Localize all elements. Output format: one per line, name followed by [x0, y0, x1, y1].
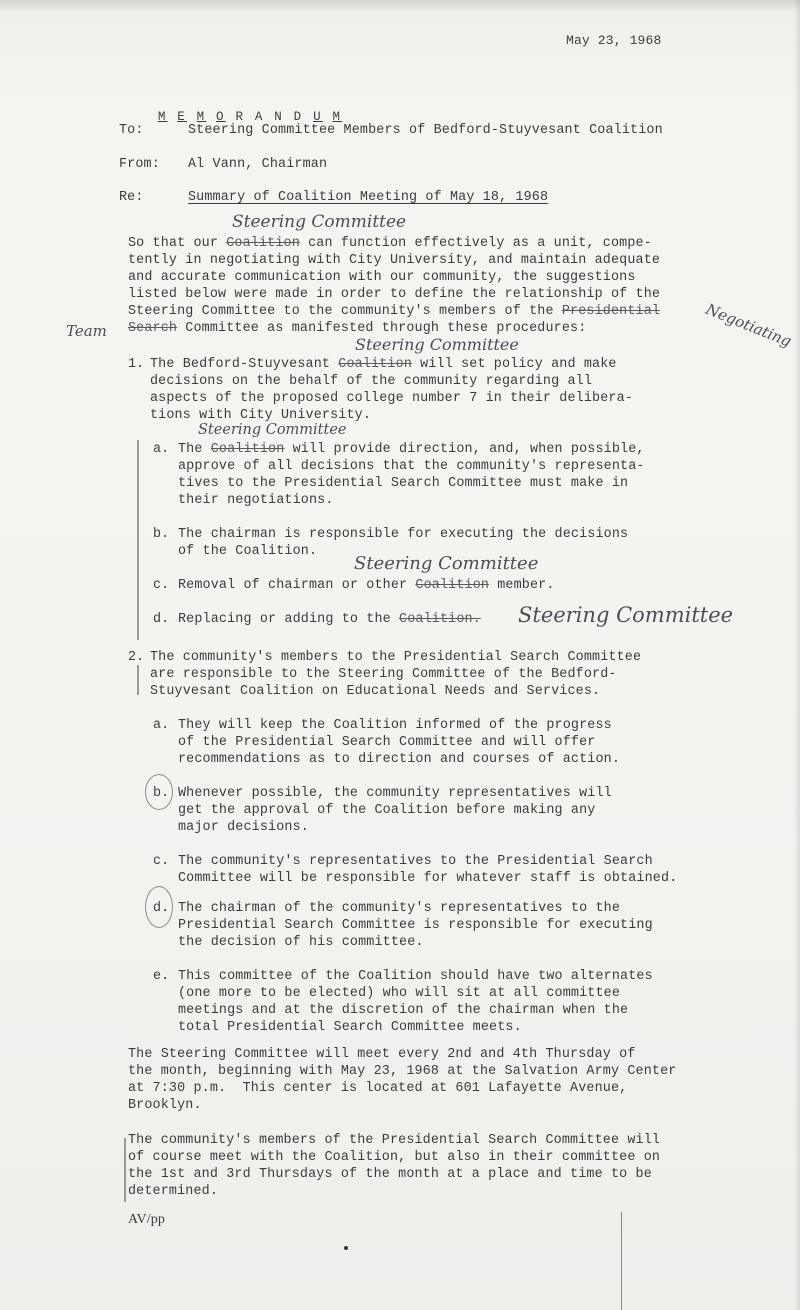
item-label: d. [153, 901, 169, 918]
item-label: e. [153, 969, 169, 986]
re-value: Summary of Coalition Meeting of May 18, … [188, 190, 548, 207]
paper-top-edge [0, 0, 800, 12]
item-line: Presidential Search Committee is respons… [178, 918, 653, 935]
handwritten-margin-note: Negotiating [703, 300, 794, 351]
typist-initials: AV/pp [128, 1212, 165, 1229]
item-line: The community's representatives to the P… [178, 854, 653, 871]
item-line: The chairman is responsible for executin… [178, 527, 628, 544]
handwritten-insert: Steering Committee [518, 603, 733, 627]
item-label: a. [153, 442, 169, 459]
margin-mark [137, 440, 139, 640]
intro-line: tently in negotiating with City Universi… [128, 253, 660, 270]
closing-line: of course meet with the Coalition, but a… [128, 1150, 660, 1167]
memo-page: May 23, 1968 M E M O R A N D U M To: Ste… [0, 0, 800, 1310]
intro-line: So that our Coalition can function effec… [128, 236, 652, 253]
item-line: The Coalition will provide direction, an… [178, 442, 645, 459]
handwritten-insert: Steering Committee [198, 422, 347, 438]
item-line: of the Coalition. [178, 544, 317, 561]
section1-line: aspects of the proposed college number 7… [150, 391, 633, 408]
item-label: d. [153, 612, 169, 629]
meeting-line: Brooklyn. [128, 1098, 202, 1115]
stray-mark [344, 1246, 348, 1250]
item-line: meetings and at the discretion of the ch… [178, 1003, 628, 1020]
item-line: This committee of the Coalition should h… [178, 969, 653, 986]
item-line: Committee will be responsible for whatev… [178, 871, 677, 888]
memo-date: May 23, 1968 [566, 33, 661, 50]
item-line: tives to the Presidential Search Committ… [178, 476, 628, 493]
item-label: c. [153, 578, 169, 595]
margin-mark [137, 665, 139, 695]
re-label: Re: [119, 190, 144, 207]
item-label: c. [153, 854, 169, 871]
item-line: Whenever possible, the community represe… [178, 786, 612, 803]
item-label: b. [153, 527, 169, 544]
item-line: the decision of his committee. [178, 935, 424, 952]
intro-line: Steering Committee to the community's me… [128, 304, 660, 321]
item-label: a. [153, 718, 169, 735]
handwritten-insert: Steering Committee [232, 212, 406, 232]
from-value: Al Vann, Chairman [188, 157, 327, 174]
closing-line: The community's members of the President… [128, 1133, 660, 1150]
item-line: total Presidential Search Committee meet… [178, 1020, 522, 1037]
handwritten-margin-note: Team [66, 322, 107, 340]
item-line: The chairman of the community's represen… [178, 901, 620, 918]
meeting-line: The Steering Committee will meet every 2… [128, 1047, 636, 1064]
to-value: Steering Committee Members of Bedford-St… [188, 123, 663, 140]
handwritten-insert: Steering Committee [355, 335, 519, 354]
from-label: From: [119, 157, 160, 174]
item-line: They will keep the Coalition informed of… [178, 718, 612, 735]
margin-mark [124, 1138, 126, 1202]
item-label: b. [153, 786, 169, 803]
closing-line: determined. [128, 1184, 218, 1201]
section2-line: Stuyvesant Coalition on Educational Need… [150, 684, 600, 701]
fold-line [621, 1212, 622, 1310]
section-number: 1. [128, 357, 144, 374]
item-line: (one more to be elected) who will sit at… [178, 986, 620, 1003]
meeting-line: at 7:30 p.m. This center is located at 6… [128, 1081, 627, 1098]
item-line: recommendations as to direction and cour… [178, 752, 620, 769]
section2-line: The community's members to the President… [150, 650, 641, 667]
item-line: Replacing or adding to the Coalition. [178, 612, 481, 629]
handwritten-insert: Steering Committee [354, 553, 538, 574]
item-line: Removal of chairman or other Coalition m… [178, 578, 555, 595]
item-line: their negotiations. [178, 493, 334, 510]
intro-line: and accurate communication with our comm… [128, 270, 636, 287]
closing-line: the 1st and 3rd Thursdays of the month a… [128, 1167, 652, 1184]
section2-line: are responsible to the Steering Committe… [150, 667, 617, 684]
paper-right-edge [794, 0, 800, 1310]
intro-line: listed below were made in order to defin… [128, 287, 660, 304]
item-line: approve of all decisions that the commun… [178, 459, 645, 476]
item-line: of the Presidential Search Committee and… [178, 735, 595, 752]
section1-line: decisions on the behalf of the community… [150, 374, 592, 391]
to-label: To: [119, 123, 144, 140]
item-line: get the approval of the Coalition before… [178, 803, 595, 820]
meeting-line: the month, beginning with May 23, 1968 a… [128, 1064, 676, 1081]
section1-line: The Bedford-Stuyvesant Coalition will se… [150, 357, 617, 374]
item-line: major decisions. [178, 820, 309, 837]
